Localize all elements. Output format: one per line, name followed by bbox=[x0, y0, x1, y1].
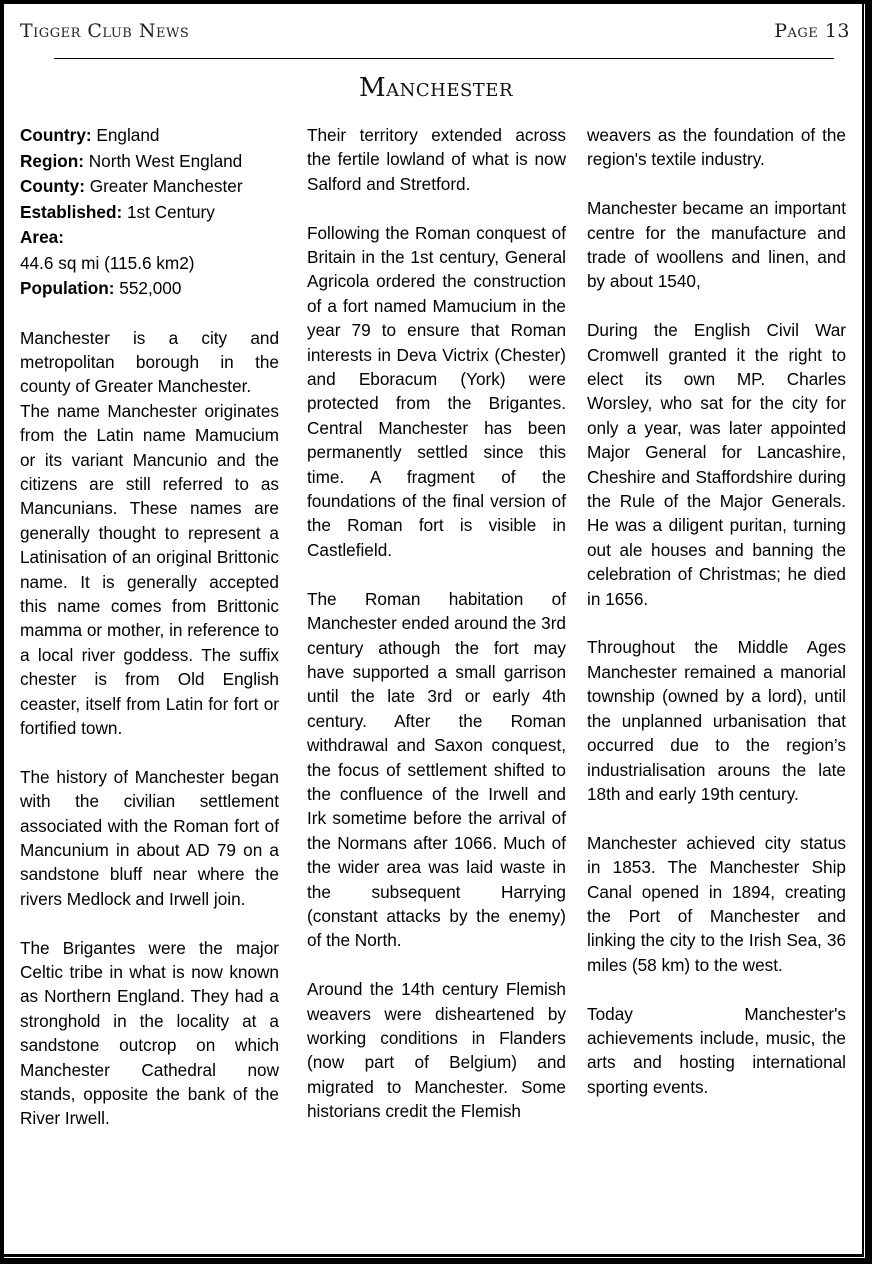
column-1: Country: England Region: North West Engl… bbox=[20, 123, 279, 1155]
paragraph: The Brigantes were the major Celtic trib… bbox=[20, 936, 279, 1131]
fact-region: Region: North West England bbox=[20, 149, 279, 175]
paragraph: Following the Roman conquest of Britain … bbox=[307, 221, 566, 563]
paragraph: weavers as the foundation of the region'… bbox=[587, 123, 846, 172]
header-divider bbox=[54, 58, 834, 59]
paragraph: Today Manchester's achievements include,… bbox=[587, 1002, 846, 1100]
paragraph: Their territory extended across the fert… bbox=[307, 123, 566, 196]
paragraph: Manchester achieved city status in 1853.… bbox=[587, 831, 846, 977]
paragraph: Manchester is a city and metropolitan bo… bbox=[20, 326, 279, 399]
fact-box: Country: England Region: North West Engl… bbox=[20, 123, 279, 302]
fact-county: County: Greater Manchester bbox=[20, 174, 279, 200]
fact-area-value: 44.6 sq mi (115.6 km2) bbox=[20, 251, 279, 277]
paragraph: The name Manchester originates from the … bbox=[20, 399, 279, 741]
fact-country: Country: England bbox=[20, 123, 279, 149]
column-3: weavers as the foundation of the region'… bbox=[587, 123, 846, 1124]
fact-population: Population: 552,000 bbox=[20, 276, 279, 302]
paragraph: The history of Manchester began with the… bbox=[20, 765, 279, 911]
article-title: Manchester bbox=[0, 73, 872, 103]
paragraph: The Roman habitation of Manchester ended… bbox=[307, 587, 566, 953]
border-line-bottom bbox=[4, 1257, 865, 1258]
paragraph: Throughout the Middle Ages Manchester re… bbox=[587, 635, 846, 806]
paragraph: During the English Civil War Cromwell gr… bbox=[587, 318, 846, 611]
paragraph: Around the 14th century Flemish weavers … bbox=[307, 977, 566, 1123]
page-number: Page 13 bbox=[774, 20, 850, 42]
fact-area-label: Area: bbox=[20, 225, 279, 251]
paragraph: Manchester became an important centre fo… bbox=[587, 196, 846, 294]
fact-established: Established: 1st Century bbox=[20, 200, 279, 226]
publication-name: Tigger Club News bbox=[20, 20, 189, 42]
border-line-right bbox=[864, 4, 865, 1258]
column-2: Their territory extended across the fert… bbox=[307, 123, 566, 1148]
